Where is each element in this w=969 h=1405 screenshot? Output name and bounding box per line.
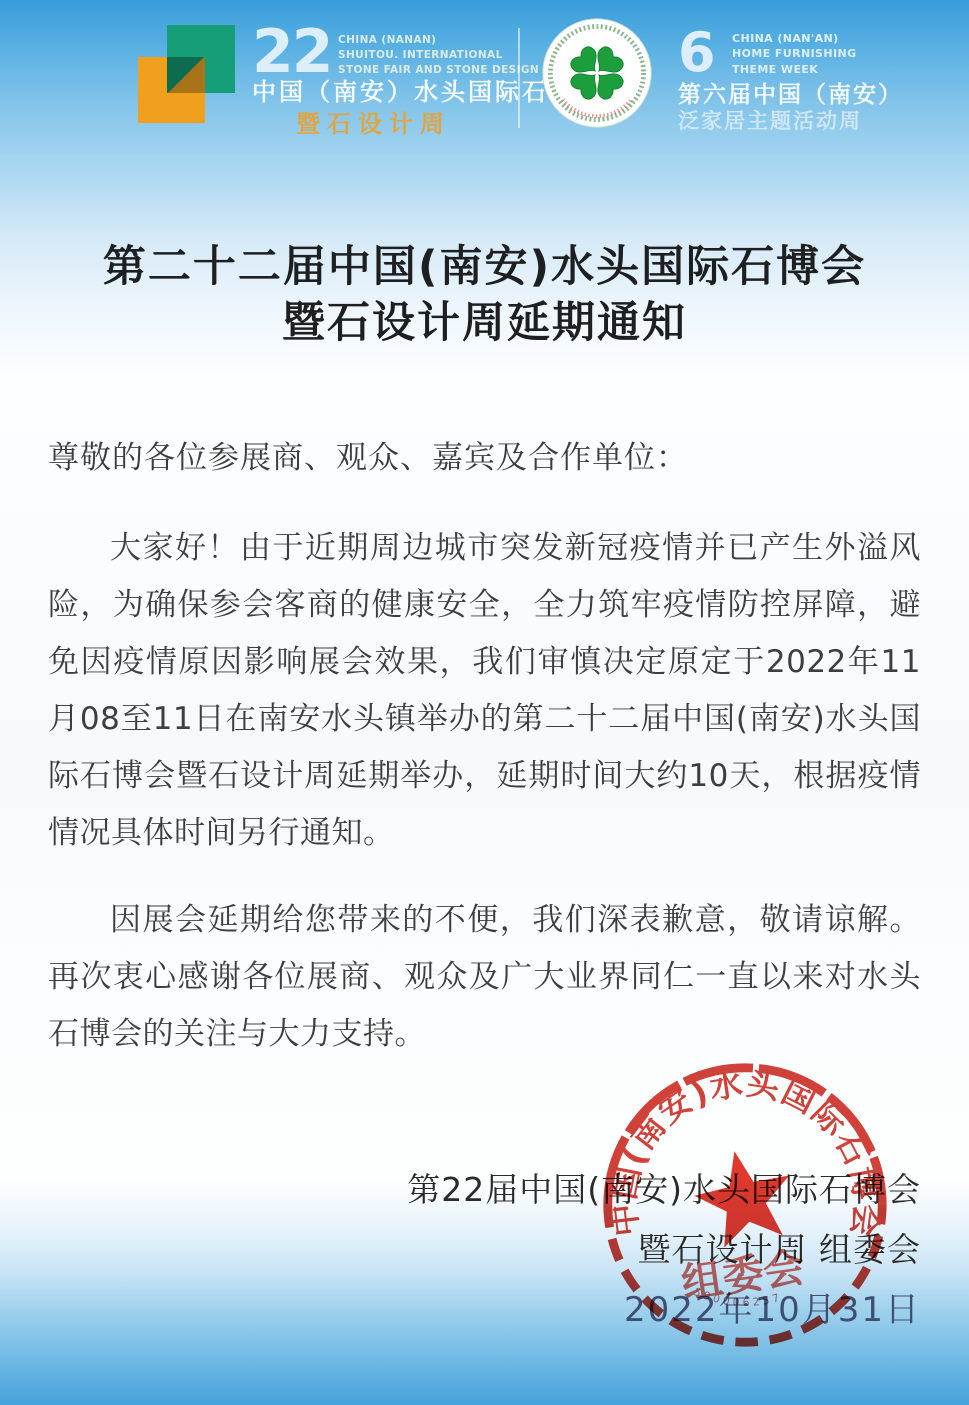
notice-title: 第二十二届中国(南安)水头国际石博会 暨石设计周延期通知	[0, 240, 969, 352]
home-week-en-line1: CHINA (NAN'AN)	[732, 31, 857, 46]
signature-org-line2: 暨石设计周 组委会	[407, 1220, 921, 1280]
notice-paragraph-2: 因展会延期给您带来的不便，我们深表歉意，敬请谅解。再次衷心感谢各位展商、观众及广…	[48, 892, 921, 1063]
notice-title-line1: 第二十二届中国(南安)水头国际石博会	[0, 240, 969, 296]
notice-paragraph-1: 大家好！由于近期周边城市突发新冠疫情并已产生外溢风险，为确保参会客商的健康安全，…	[48, 520, 921, 862]
clover-badge-icon	[540, 16, 654, 130]
stone-fair-chinese-subtitle: 暨石设计周	[296, 104, 451, 139]
signature-org-line1: 第22届中国(南安)水头国际石博会	[407, 1160, 921, 1220]
header-logos: 22 CHINA (NANAN) SHUITOU. INTERNATIONAL …	[0, 0, 969, 175]
salutation: 尊敬的各位参展商、观众、嘉宾及合作单位：	[48, 432, 921, 477]
header-divider	[518, 28, 520, 128]
home-week-edition-number: 6	[678, 26, 716, 80]
home-week-en-line2: HOME FURNISHING	[732, 46, 857, 61]
squares-overlap-icon	[167, 57, 205, 93]
notice-title-line2: 暨石设计周延期通知	[0, 296, 969, 352]
home-week-en-line3: THEME WEEK	[732, 62, 857, 77]
signature-date: 2022年10月31日	[407, 1280, 921, 1340]
home-week-chinese-subtitle: 泛家居主题活动周	[678, 105, 862, 135]
notice-poster: 22 CHINA (NANAN) SHUITOU. INTERNATIONAL …	[0, 0, 969, 1405]
signature-block: 第22届中国(南安)水头国际石博会 暨石设计周 组委会 2022年10月31日	[407, 1160, 921, 1340]
home-week-english-name: CHINA (NAN'AN) HOME FURNISHING THEME WEE…	[732, 31, 857, 77]
